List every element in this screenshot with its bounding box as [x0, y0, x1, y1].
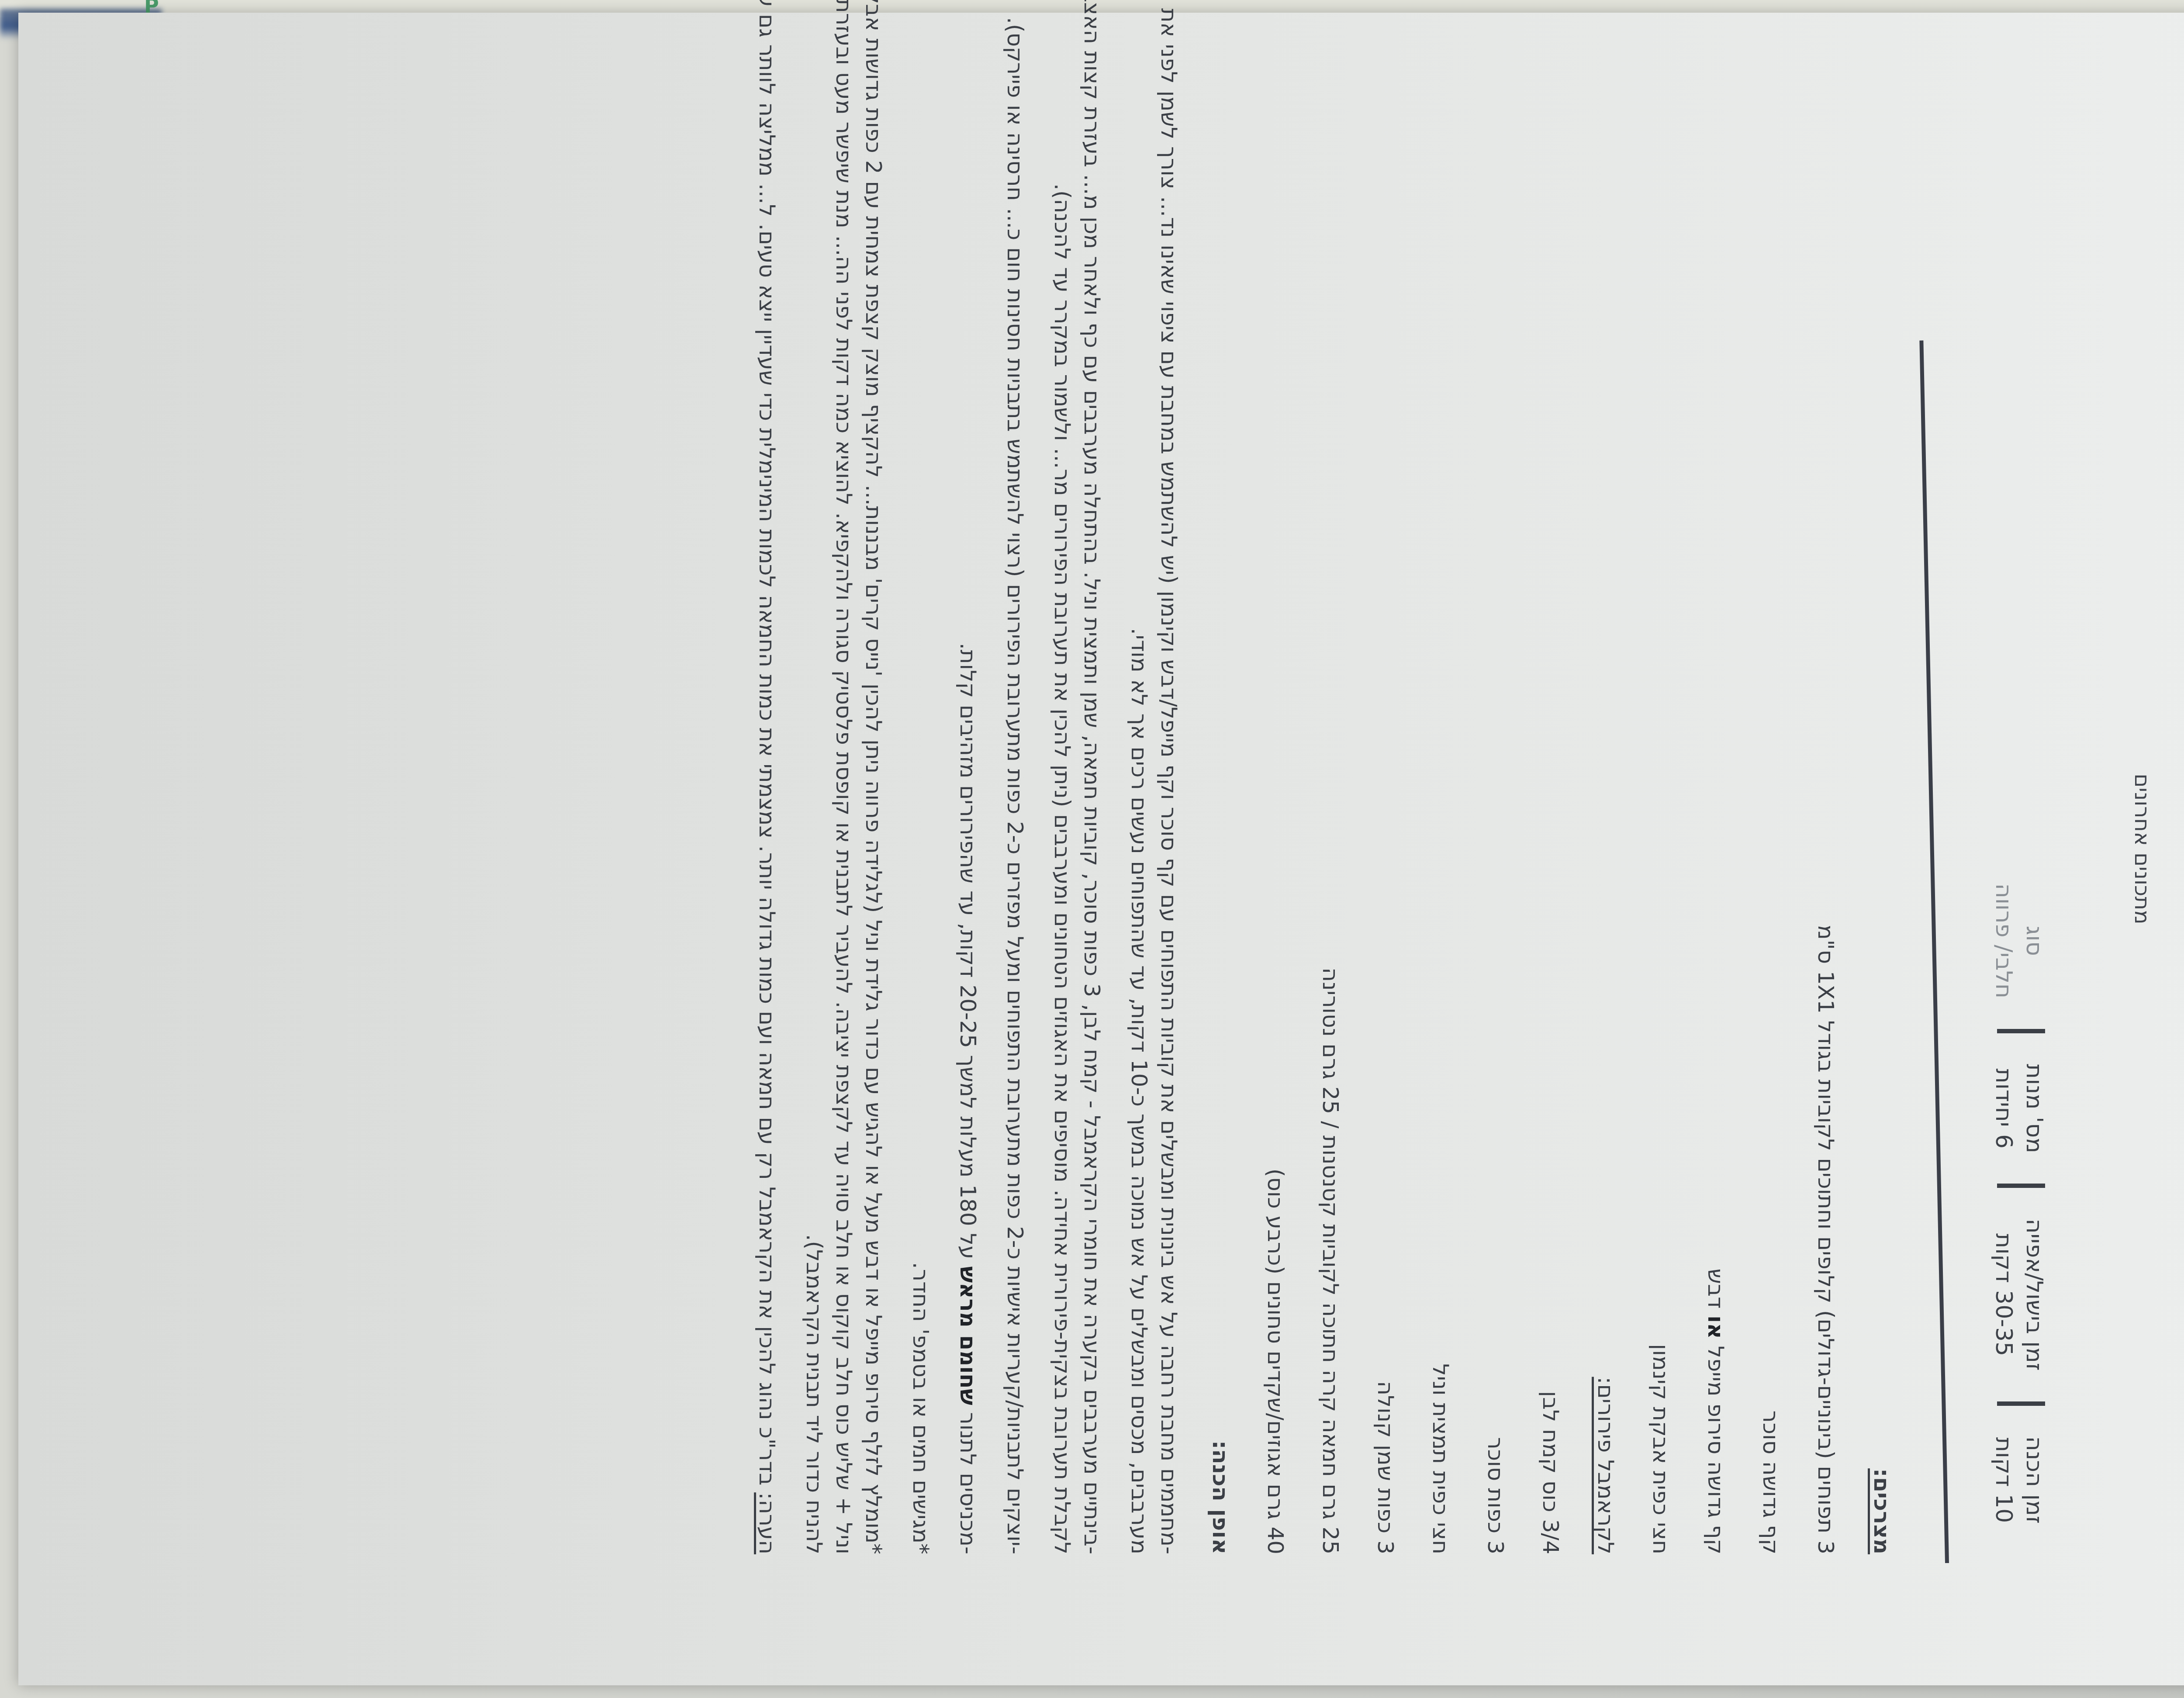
running-head: מתכונים אחרונים — [2130, 13, 2154, 1685]
meta-type: סוג חלבי/ פרווה — [1988, 853, 2049, 1029]
recipe-body: מצרכים: 3 תפוחים (בינוניים-גדולים) קלופי… — [752, 69, 1897, 1554]
ingredient-item: קף גדושה סוכר — [1756, 69, 1786, 1554]
preparation-step: -בינתיים מערבבים בקערה את חומרי הקראמבל … — [1047, 0, 1107, 1554]
remark-text: בדר"כ נהוג להכין את הקראמבל רק עם חמאה ו… — [754, 0, 780, 1492]
remark: הערה: בדר"כ נהוג להכין את הקראמבל רק עם … — [752, 0, 782, 1554]
step-text: -מכניסים לתנור — [955, 1405, 981, 1554]
meta-cook-time: זמן בישול/אפייה 30-35 דקות — [1988, 1188, 2049, 1401]
preparation-step: -מחממים מחבת רחבה על אש בינונית ומבשלים … — [1124, 0, 1184, 1554]
step-emphasis: שחומם מראש — [955, 1266, 981, 1405]
crumble-item: 25 גרם חמאה קרה חתוכה לקוביות קטנטנות / … — [1316, 69, 1345, 1554]
meta-label: זמן הכנה — [2019, 1436, 2049, 1524]
ingredient-emphasis: או — [1703, 1315, 1728, 1339]
crumble-title: לקראמבל פירורים: — [1591, 69, 1621, 1554]
preparation-step: -יוצקים לתבניות/קעריות אישיות כ-2 כפות מ… — [1000, 0, 1030, 1554]
meta-label: מס' מנות — [2019, 1064, 2049, 1153]
meta-value: 10 דקות — [1988, 1436, 2019, 1524]
meta-divider — [1997, 1029, 2045, 1033]
meta-divider — [1997, 1401, 2045, 1406]
meta-value: 30-35 דקות — [1988, 1218, 2019, 1370]
photo-background: P מתכונים אחרונים זמן הכנה 10 דקות זמן ב… — [0, 0, 2184, 1698]
serving-note: *מומלץ לזלף סירופ מייפל או דבש מעל או לה… — [799, 0, 888, 1554]
meta-servings: מס' מנות 6 יחידות — [1988, 1033, 2049, 1184]
crumble-item: 3 כפות סוכר — [1481, 69, 1510, 1554]
ingredient-item: חצי כפית אבקת קינמון — [1646, 69, 1676, 1554]
crumble-item: חצי כפית תמצית וניל — [1426, 69, 1455, 1554]
meta-value: 6 יחידות — [1988, 1064, 2019, 1153]
meta-label: זמן בישול/אפייה — [2019, 1218, 2049, 1370]
ingredient-item: 3 תפוחים (בינוניים-גדולים) קלופים וחתוכי… — [1811, 69, 1841, 1554]
ingredient-text: דבש — [1703, 1269, 1728, 1316]
serving-note: *מגישים חמים או בטמפ' החדר. — [906, 0, 936, 1554]
ingredients-title: מצרכים: — [1867, 69, 1897, 1554]
crumble-item: 3 כפות שמן קנולה — [1371, 69, 1400, 1554]
meta-divider — [1997, 1184, 2045, 1188]
ingredient-text: קף גדושה סירופ מייפל — [1703, 1339, 1728, 1554]
step-text: על 180 מעלות למשך 20-25 דקות, עד שהפירור… — [955, 643, 981, 1267]
header-rule — [1919, 341, 1949, 1563]
meta-prep-time: זמן הכנה 10 דקות — [1988, 1406, 2049, 1554]
crumble-item: 3/4 כוס קמח לבן — [1536, 69, 1565, 1554]
crumble-item: 40 גרם אגוזים/שקדים טחונים (כרבע כוס) — [1261, 69, 1290, 1554]
recipe-meta-row: זמן הכנה 10 דקות זמן בישול/אפייה 30-35 ד… — [1988, 853, 2049, 1554]
meta-value: חלבי/ פרווה — [1988, 884, 2019, 998]
meta-label: סוג — [2019, 884, 2049, 998]
ingredient-item: קף גדושה סירופ מייפל או דבש — [1701, 69, 1731, 1554]
preparation-title: אופן הכנה: — [1206, 69, 1235, 1554]
preparation-step: -מכניסים לתנור שחומם מראש על 180 מעלות ל… — [953, 0, 983, 1554]
remark-label: הערה: — [754, 1492, 780, 1554]
recipe-page: מתכונים אחרונים זמן הכנה 10 דקות זמן ביש… — [18, 13, 2184, 1685]
